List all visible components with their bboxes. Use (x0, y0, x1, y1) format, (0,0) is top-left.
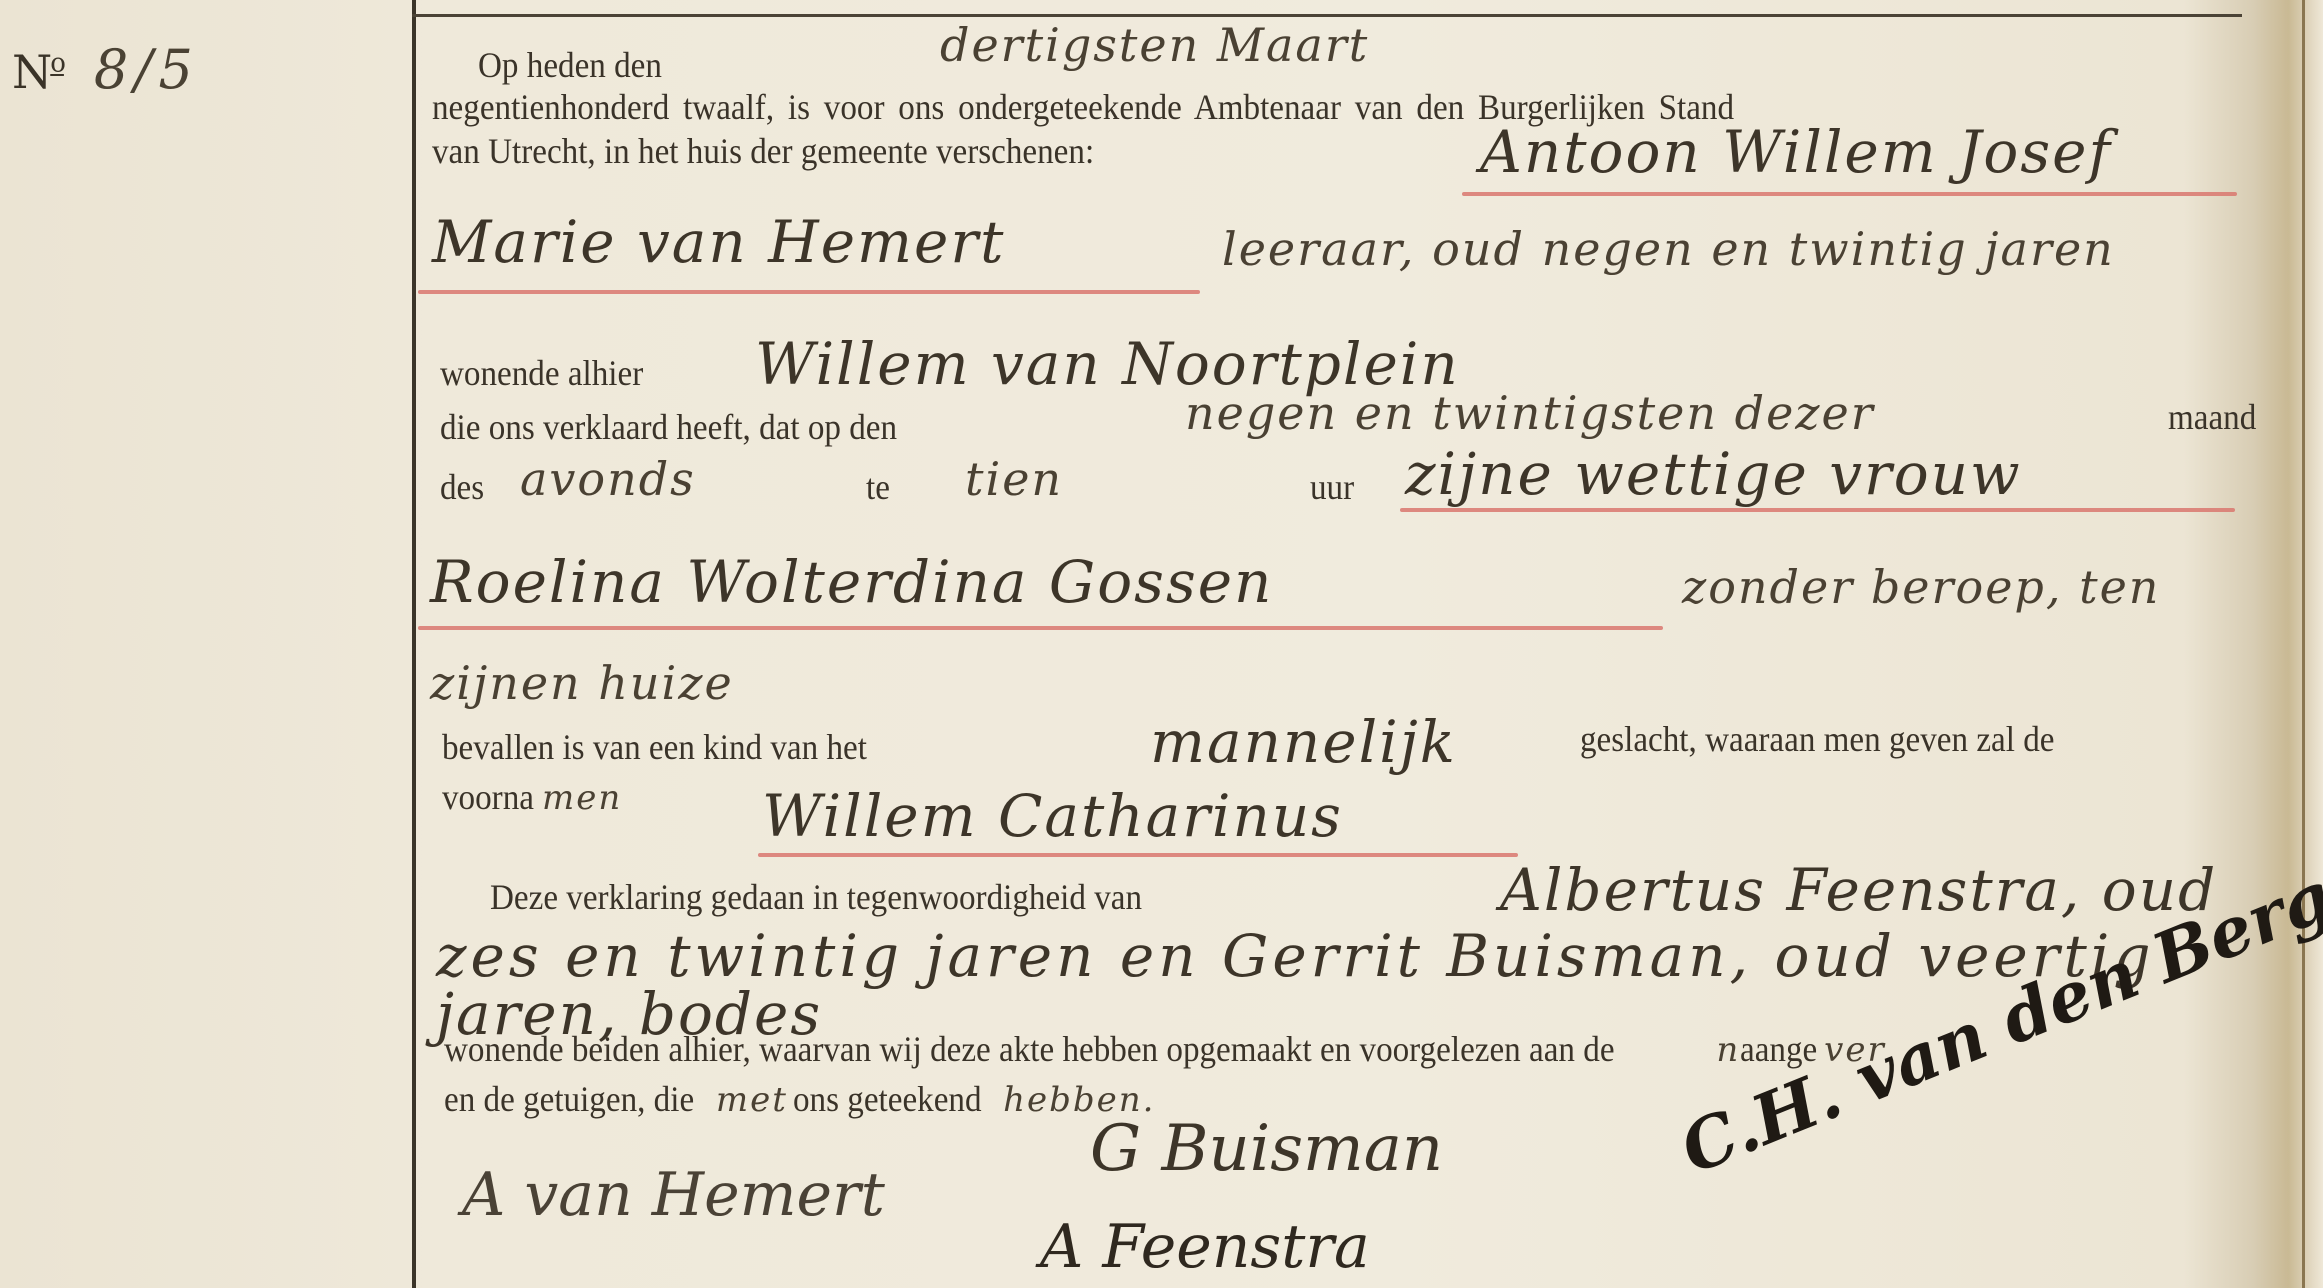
mother-name-handwritten: Roelina Wolterdina Gossen (430, 548, 1273, 616)
signature-witness-2: A Feenstra (1040, 1212, 1370, 1282)
handwritten-insert: n (1716, 1030, 1740, 1070)
line-7-hw-c: zijne wettige vrouw (1405, 440, 2022, 508)
record-number: No 8/5 (12, 38, 199, 101)
line-7-hw-a: avonds (520, 452, 696, 506)
signature-declarant: A van Hemert (462, 1160, 885, 1230)
line-10-b: geslacht, waaraan men geven zal de (1580, 718, 2096, 760)
printed-text: van Utrecht, in het huis der gemeente ve… (432, 130, 1094, 172)
printed-text: uur (1310, 466, 1354, 508)
printed-text: die ons verklaard heeft, dat op den (440, 406, 897, 448)
declarant-name-part2: Marie van Hemert (432, 208, 1005, 276)
signature-witness-1: G Buisman (1090, 1112, 1443, 1186)
printed-text: Op heden den (478, 44, 662, 86)
declarant-occupation-age: leeraar, oud negen en twintig jaren (1222, 222, 2115, 276)
printed-text: wonende alhier (440, 352, 643, 394)
line-3: van Utrecht, in het huis der gemeente ve… (432, 130, 1152, 172)
date-handwritten: dertigsten Maart (940, 18, 1369, 72)
line-7-hw-b: tien (965, 452, 1063, 506)
line-7: des (440, 466, 488, 508)
line-6-end: maand (2168, 396, 2264, 438)
declarant-name-part1: Antoon Willem Josef (1480, 118, 2112, 186)
line-4: Marie van Hemert (432, 208, 1005, 276)
printed-text: geslacht, waaraan men geven zal de (1580, 718, 2054, 760)
printed-text: wonende beiden alhier, waarvan wij deze … (444, 1028, 1615, 1070)
suffix-handwritten: men (542, 778, 622, 818)
hour-handwritten: tien (965, 452, 1063, 506)
printed-text: voorna (442, 776, 534, 818)
line-1: Op heden den (478, 44, 678, 86)
document-page: No 8/5 Op heden den dertigsten Maart neg… (0, 0, 2323, 1288)
line-6-hw: negen en twintigsten dezer (1185, 386, 1875, 440)
red-underline (418, 290, 1200, 294)
record-number-value: 8/5 (94, 38, 199, 101)
line-16: en de getuigen, diemet ons geteekend heb… (444, 1078, 1155, 1120)
line-11-hw: Willem Catharinus (762, 782, 1343, 850)
printed-text: ons geteekend (793, 1078, 982, 1120)
line-5: wonende alhier (440, 352, 661, 394)
red-underline (1400, 508, 2235, 512)
place-handwritten: zijnen huize (430, 656, 734, 710)
line-12: Deze verklaring gedaan in tegenwoordighe… (490, 876, 1199, 918)
red-underline (1462, 192, 2237, 196)
line-15: wonende beiden alhier, waarvan wij deze … (444, 1028, 1886, 1070)
line-10: bevallen is van een kind van het (442, 726, 904, 768)
left-margin: No 8/5 (0, 0, 410, 1288)
line-4-hw: leeraar, oud negen en twintig jaren (1222, 222, 2115, 276)
birth-date-handwritten: negen en twintigsten dezer (1185, 386, 1875, 440)
line-10-hw: mannelijk (1150, 708, 1457, 776)
line-12-hw: Albertus Feenstra, oud (1500, 856, 2217, 924)
line-9: zijnen huize (430, 656, 734, 710)
number-sign: No (12, 45, 64, 99)
printed-text: des (440, 466, 484, 508)
witness-1-handwritten: Albertus Feenstra, oud (1500, 856, 2217, 924)
page-edge (2302, 0, 2305, 1288)
line-6: die ons verklaard heeft, dat op den (440, 406, 937, 448)
printed-text: Deze verklaring gedaan in tegenwoordighe… (490, 876, 1142, 918)
line-7-c: uur (1310, 466, 1358, 508)
child-name-handwritten: Willem Catharinus (762, 782, 1343, 850)
red-underline (758, 853, 1518, 857)
red-underline (418, 626, 1663, 630)
printed-text: bevallen is van een kind van het (442, 726, 867, 768)
line-1-hw: dertigsten Maart (940, 18, 1369, 72)
handwritten-insert: met (716, 1080, 788, 1120)
printed-text: en de getuigen, die (444, 1078, 694, 1120)
line-7-b: te (866, 466, 892, 508)
time-of-day-handwritten: avonds (520, 452, 696, 506)
sex-handwritten: mannelijk (1150, 708, 1457, 776)
line-3-hw: Antoon Willem Josef (1480, 118, 2112, 186)
line-11: voornamen (442, 776, 622, 818)
line-8: Roelina Wolterdina Gossen (430, 548, 1273, 616)
top-rule (412, 14, 2242, 17)
mother-occupation-handwritten: zonder beroep, ten (1682, 560, 2160, 614)
line-8-hw: zonder beroep, ten (1682, 560, 2160, 614)
margin-rule (412, 0, 416, 1288)
printed-text: maand (2168, 396, 2256, 438)
printed-text: te (866, 466, 890, 508)
wife-relation-handwritten: zijne wettige vrouw (1405, 440, 2022, 508)
